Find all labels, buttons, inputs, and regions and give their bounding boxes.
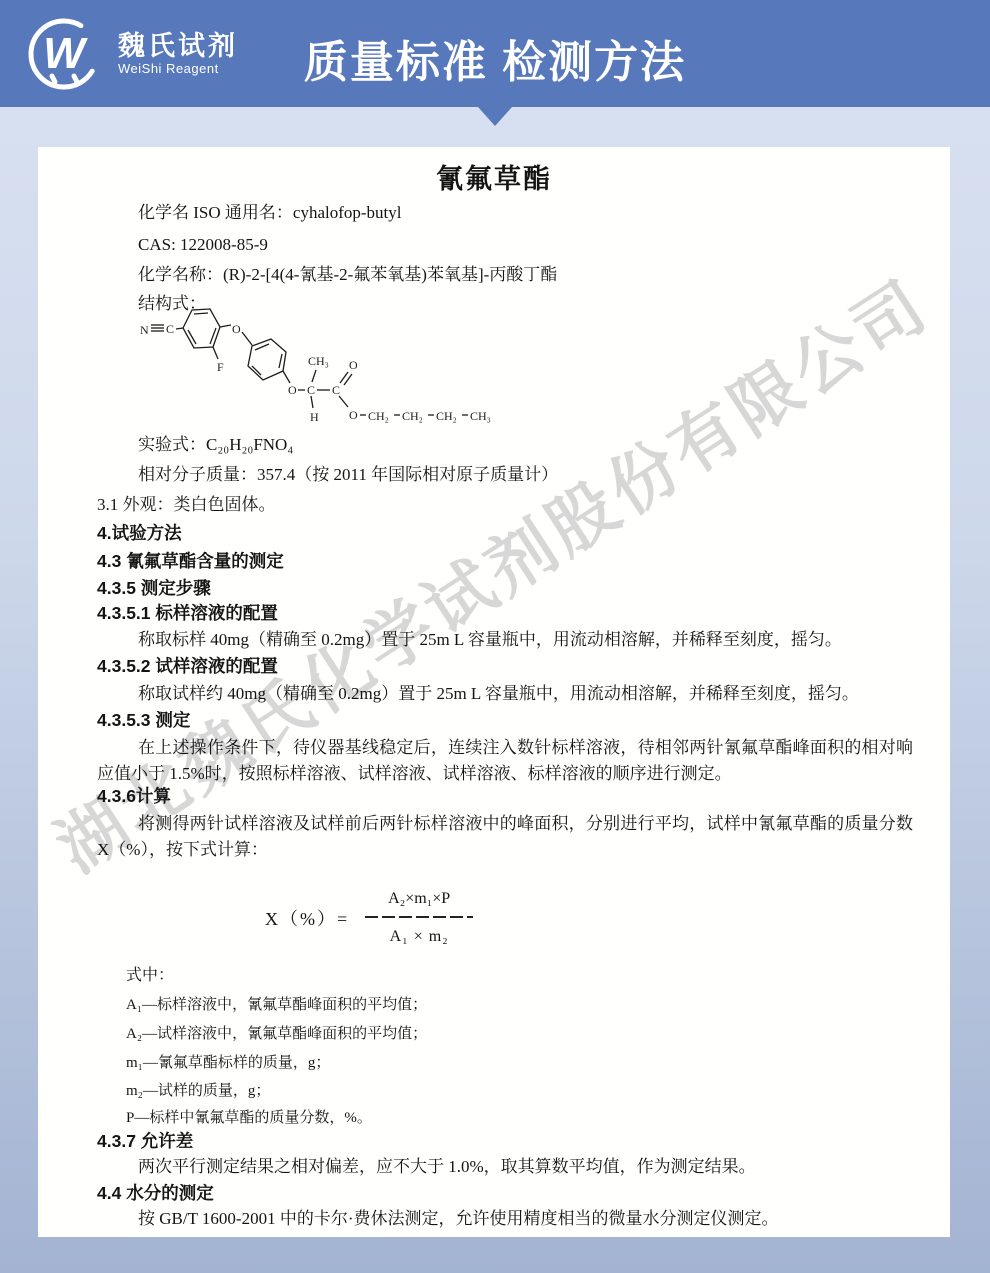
- atom-o-bridge: O: [232, 322, 241, 336]
- paragraph-4-4: 按 GB/T 1600-2001 中的卡尔·费休法测定，允许使用精度相当的微量水…: [138, 1208, 779, 1230]
- section-4-3-5: 4.3.5 测定步骤: [97, 577, 211, 599]
- section-4-3-5-2: 4.3.5.2 试样溶液的配置: [97, 655, 278, 677]
- group-ch3-branch: CH₃: [308, 354, 329, 368]
- page-title: 质量标准 检测方法: [0, 26, 990, 90]
- atom-o-carbonyl: O: [349, 358, 358, 372]
- empirical-formula-line: 实验式：C₂₀H₂₀FNO₄: [138, 434, 293, 456]
- group-ch3-end: CH₃: [470, 409, 491, 423]
- section-4-3-5-1: 4.3.5.1 标样溶液的配置: [97, 602, 278, 624]
- group-ch2-3: CH₂: [436, 409, 457, 423]
- document-page: 湖北魏氏化学试剂股份有限公司 氰氟草酯 化学名 ISO 通用名：cyhalofo…: [38, 147, 950, 1237]
- mass-fraction-formula: X（%）= A₂×m₁×P A₁ × m₂: [265, 889, 475, 947]
- paragraph-4-3-5-1: 称取标样 40mg（精确至 0.2mg）置于 25m L 容量瓶中，用流动相溶解…: [138, 629, 842, 651]
- formula-denominator: A₁ × m₂: [390, 927, 449, 947]
- atom-c1: C: [166, 322, 174, 336]
- formula-lhs: X（%）=: [265, 905, 349, 931]
- paragraph-4-3-6: 将测得两针试样溶液及试样前后两针标样溶液中的峰面积，分别进行平均，试样中氰氟草酯…: [97, 811, 913, 862]
- paragraph-4-3-5-2: 称取试样约 40mg（精确至 0.2mg）置于 25m L 容量瓶中，用流动相溶…: [138, 683, 859, 705]
- molecular-weight-line: 相对分子质量：357.4（按 2011 年国际相对原子质量计）: [138, 464, 558, 486]
- definition-p: P—标样中氰氟草酯的质量分数，%。: [126, 1107, 372, 1129]
- section-4-3-6: 4.3.6计算: [97, 785, 171, 807]
- iso-name-line: 化学名 ISO 通用名：cyhalofop-butyl: [138, 202, 401, 224]
- formula-numerator: A₂×m₁×P: [388, 889, 450, 909]
- formula-fraction: A₂×m₁×P A₁ × m₂: [363, 889, 475, 947]
- section-4-3-7: 4.3.7 允许差: [97, 1130, 193, 1152]
- atom-n: N: [140, 323, 149, 337]
- atom-f: F: [217, 360, 224, 374]
- where-label: 式中：: [126, 965, 174, 987]
- chemical-name-line: 化学名称：(R)-2-[4(4-氰基-2-氟苯氧基)苯氧基]-丙酸丁酯: [138, 264, 557, 286]
- definition-m1: m₁—氰氟草酯标样的质量，g；: [126, 1052, 330, 1074]
- definition-a1: A₁—标样溶液中，氰氟草酯峰面积的平均值；: [126, 994, 427, 1016]
- atom-o-ester: O: [349, 408, 358, 422]
- header-notch-icon: [478, 107, 512, 126]
- cas-line: CAS: 122008-85-9: [138, 234, 268, 256]
- definition-a2: A₂—试样溶液中，氰氟草酯峰面积的平均值；: [126, 1023, 427, 1045]
- group-ch2-1: CH₂: [368, 409, 389, 423]
- doc-title: 氰氟草酯: [38, 157, 950, 196]
- section-4: 4.试验方法: [97, 522, 182, 544]
- section-4-4: 4.4 水分的测定: [97, 1182, 214, 1204]
- atom-c-chiral: C: [307, 383, 315, 397]
- definition-m2: m₂—试样的质量，g；: [126, 1080, 270, 1102]
- fraction-bar: [365, 916, 473, 918]
- header-banner: W 魏氏试剂 WeiShi Reagent 质量标准 检测方法: [0, 0, 990, 107]
- atom-o-ether: O: [288, 383, 297, 397]
- paragraph-4-3-5-3: 在上述操作条件下，待仪器基线稳定后，连续注入数针标样溶液，待相邻两针氰氟草酯峰面…: [97, 735, 913, 786]
- section-4-3: 4.3 氰氟草酯含量的测定: [97, 550, 284, 572]
- atom-h: H: [310, 410, 319, 424]
- section-4-3-5-3: 4.3.5.3 测定: [97, 709, 190, 731]
- chemical-structure-diagram: N C F O O C CH₃ C O: [140, 303, 500, 438]
- atom-c-carbonyl: C: [332, 383, 340, 397]
- paragraph-4-3-7: 两次平行测定结果之相对偏差，应不大于 1.0%，取其算数平均值，作为测定结果。: [138, 1156, 756, 1178]
- group-ch2-2: CH₂: [402, 409, 423, 423]
- appearance-line: 3.1 外观：类白色固体。: [97, 494, 276, 516]
